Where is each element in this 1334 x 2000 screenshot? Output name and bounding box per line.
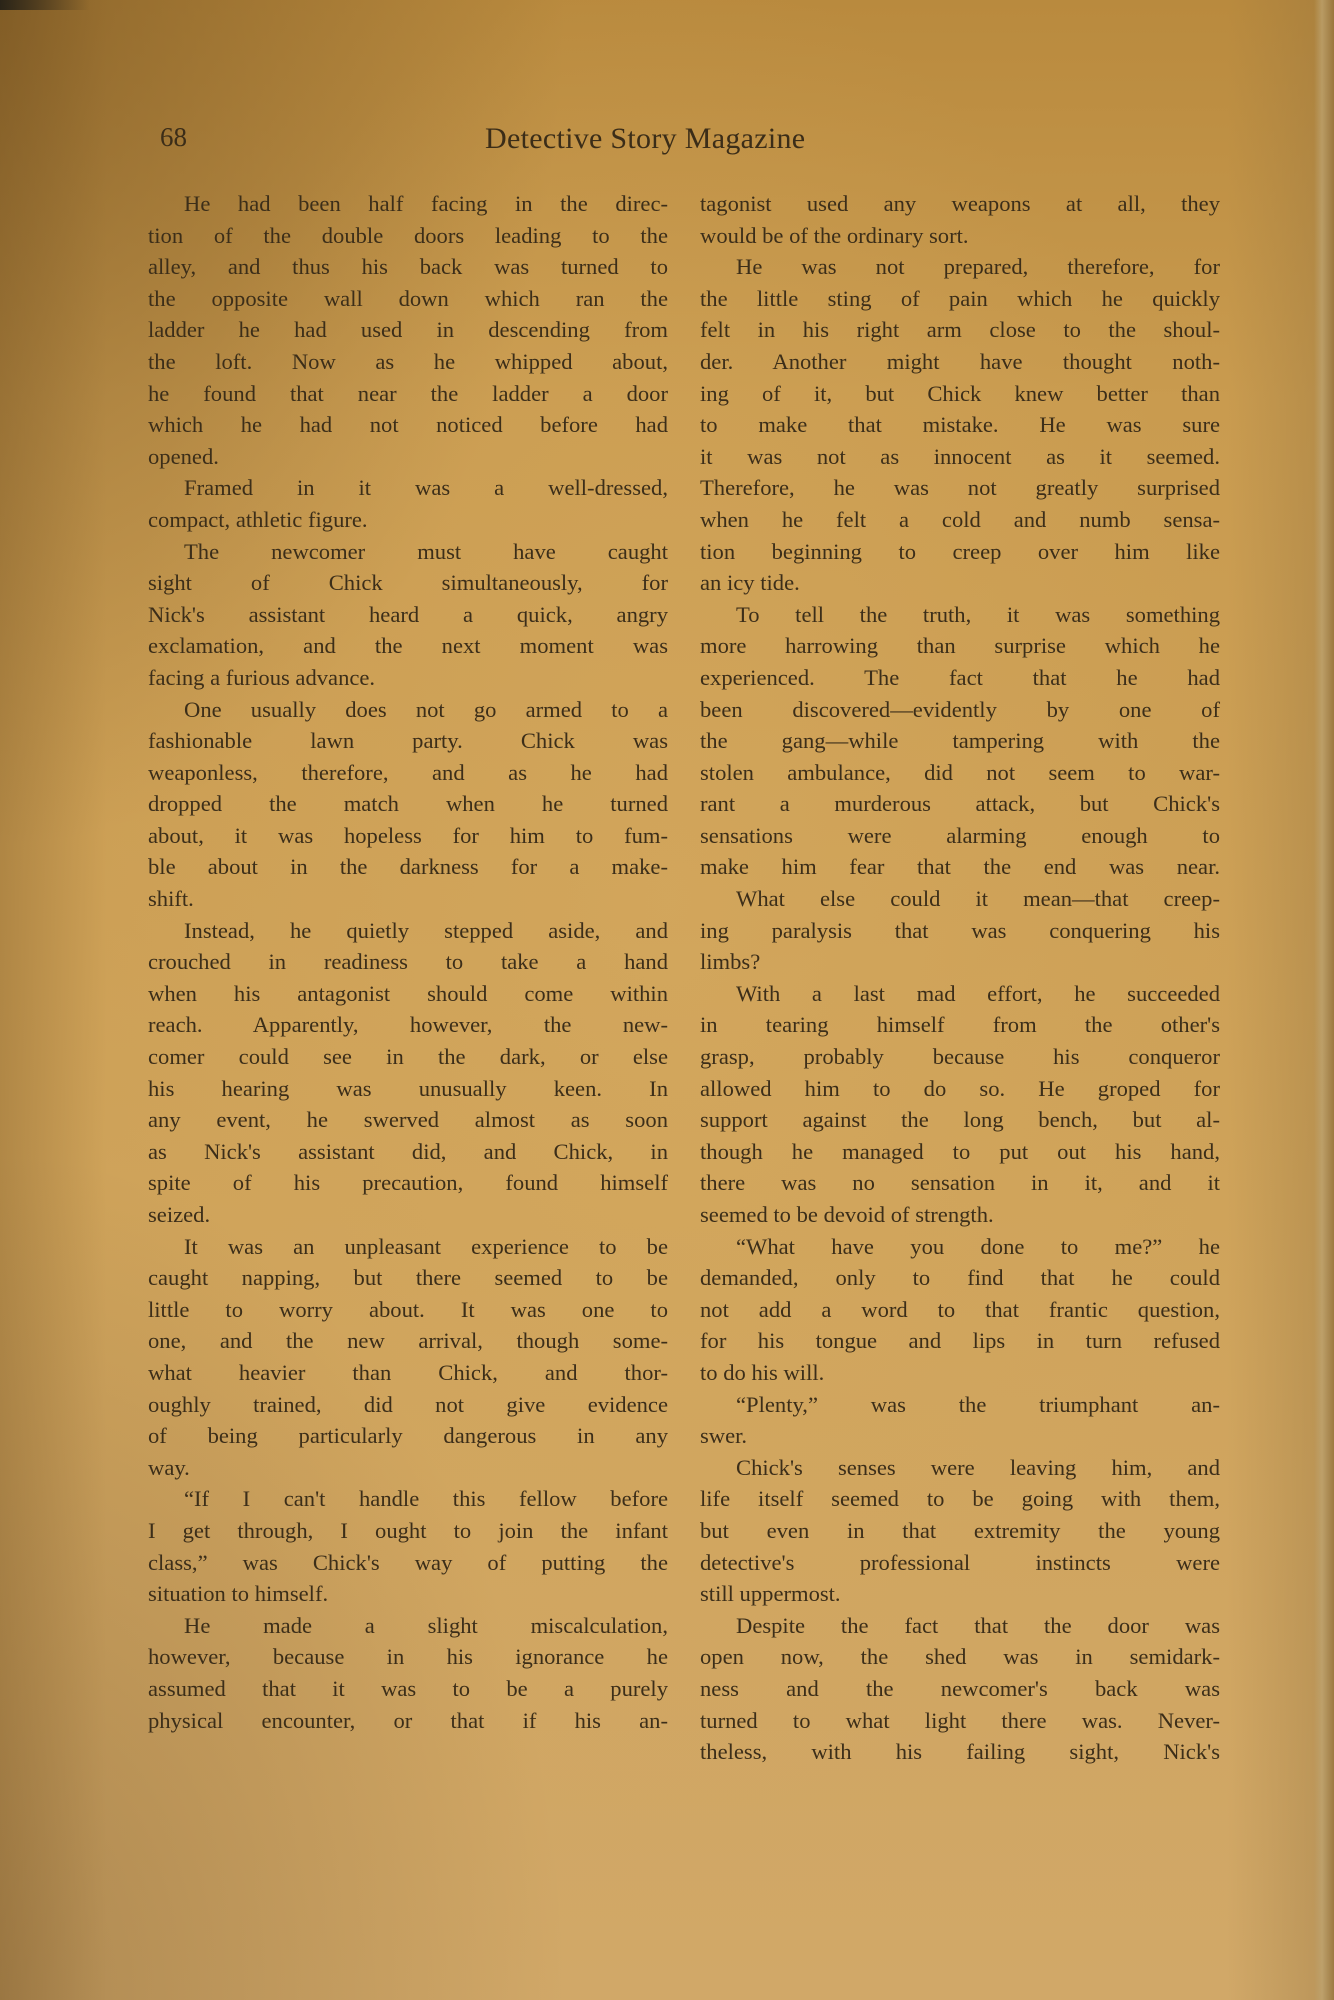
text-line: weaponless, therefore, and as he had — [148, 757, 668, 789]
text-line: ness and the newcomer's back was — [700, 1673, 1220, 1705]
text-line: theless, with his failing sight, Nick's — [700, 1736, 1220, 1768]
text-line: the opposite wall down which ran the — [148, 283, 668, 315]
text-line: would be of the ordinary sort. — [700, 220, 1220, 252]
text-line: which he had not noticed before had — [148, 409, 668, 441]
text-line: to do his will. — [700, 1357, 1220, 1389]
text-line: as Nick's assistant did, and Chick, in — [148, 1136, 668, 1168]
text-line: support against the long bench, but al- — [700, 1104, 1220, 1136]
text-line: Chick's senses were leaving him, and — [700, 1452, 1220, 1484]
text-line: He was not prepared, therefore, for — [700, 251, 1220, 283]
text-line: sight of Chick simultaneously, for — [148, 567, 668, 599]
text-line: ble about in the darkness for a make- — [148, 851, 668, 883]
text-line: dropped the match when he turned — [148, 788, 668, 820]
scan-corner-shadow — [0, 0, 90, 10]
text-line: tion of the double doors leading to the — [148, 220, 668, 252]
text-line: “If I can't handle this fellow before — [148, 1483, 668, 1515]
text-line: felt in his right arm close to the shoul… — [700, 314, 1220, 346]
text-line: The newcomer must have caught — [148, 536, 668, 568]
text-line: grasp, probably because his conqueror — [700, 1041, 1220, 1073]
text-line: but even in that extremity the young — [700, 1515, 1220, 1547]
page-number: 68 — [160, 122, 187, 153]
text-line: crouched in readiness to take a hand — [148, 946, 668, 978]
text-line: shift. — [148, 883, 668, 915]
text-line: Framed in it was a well-dressed, — [148, 472, 668, 504]
text-line: fashionable lawn party. Chick was — [148, 725, 668, 757]
text-line: What else could it mean—that creep- — [700, 883, 1220, 915]
text-line: facing a furious advance. — [148, 662, 668, 694]
text-line: ladder he had used in descending from — [148, 314, 668, 346]
text-line: of being particularly dangerous in any — [148, 1420, 668, 1452]
text-line: life itself seemed to be going with them… — [700, 1483, 1220, 1515]
text-line: limbs? — [700, 946, 1220, 978]
text-line: seemed to be devoid of strength. — [700, 1199, 1220, 1231]
text-column-left: He had been half facing in the direc-tio… — [148, 188, 668, 1736]
text-line: in tearing himself from the other's — [700, 1009, 1220, 1041]
text-line: make him fear that the end was near. — [700, 851, 1220, 883]
text-line: physical encounter, or that if his an- — [148, 1705, 668, 1737]
text-line: demanded, only to find that he could — [700, 1262, 1220, 1294]
text-line: been discovered—evidently by one of — [700, 694, 1220, 726]
text-line: It was an unpleasant experience to be — [148, 1231, 668, 1263]
text-line: allowed him to do so. He groped for — [700, 1073, 1220, 1105]
text-line: He had been half facing in the direc- — [148, 188, 668, 220]
text-line: detective's professional instincts were — [700, 1547, 1220, 1579]
text-line: Therefore, he was not greatly surprised — [700, 472, 1220, 504]
text-line: assumed that it was to be a purely — [148, 1673, 668, 1705]
text-line: Despite the fact that the door was — [700, 1610, 1220, 1642]
text-line: stolen ambulance, did not seem to war- — [700, 757, 1220, 789]
text-line: One usually does not go armed to a — [148, 694, 668, 726]
text-line: oughly trained, did not give evidence — [148, 1389, 668, 1421]
text-line: Instead, he quietly stepped aside, and — [148, 915, 668, 947]
text-line: exclamation, and the next moment was — [148, 630, 668, 662]
text-line: spite of his precaution, found himself — [148, 1167, 668, 1199]
text-line: tion beginning to creep over him like — [700, 536, 1220, 568]
text-line: though he managed to put out his hand, — [700, 1136, 1220, 1168]
text-line: opened. — [148, 441, 668, 473]
text-line: Nick's assistant heard a quick, angry — [148, 599, 668, 631]
text-line: ing paralysis that was conquering his — [700, 915, 1220, 947]
text-line: tagonist used any weapons at all, they — [700, 188, 1220, 220]
text-line: his hearing was unusually keen. In — [148, 1073, 668, 1105]
text-line: I get through, I ought to join the infan… — [148, 1515, 668, 1547]
text-line: more harrowing than surprise which he — [700, 630, 1220, 662]
text-line: it was not as innocent as it seemed. — [700, 441, 1220, 473]
page-header: 68 Detective Story Magazine — [160, 122, 1220, 162]
text-line: reach. Apparently, however, the new- — [148, 1009, 668, 1041]
text-line: rant a murderous attack, but Chick's — [700, 788, 1220, 820]
text-line: the gang—while tampering with the — [700, 725, 1220, 757]
running-title: Detective Story Magazine — [485, 122, 805, 156]
text-line: sensations were alarming enough to — [700, 820, 1220, 852]
text-line: alley, and thus his back was turned to — [148, 251, 668, 283]
text-line: With a last mad effort, he succeeded — [700, 978, 1220, 1010]
text-line: for his tongue and lips in turn refused — [700, 1325, 1220, 1357]
text-line: he found that near the ladder a door — [148, 378, 668, 410]
text-line: when his antagonist should come within — [148, 978, 668, 1010]
text-line: not add a word to that frantic question, — [700, 1294, 1220, 1326]
text-line: way. — [148, 1452, 668, 1484]
text-line: seized. — [148, 1199, 668, 1231]
text-line: open now, the shed was in semidark- — [700, 1641, 1220, 1673]
text-line: there was no sensation in it, and it — [700, 1167, 1220, 1199]
text-line: an icy tide. — [700, 567, 1220, 599]
text-line: “What have you done to me?” he — [700, 1231, 1220, 1263]
text-line: the little sting of pain which he quickl… — [700, 283, 1220, 315]
text-line: still uppermost. — [700, 1578, 1220, 1610]
text-line: to make that mistake. He was sure — [700, 409, 1220, 441]
text-line: any event, he swerved almost as soon — [148, 1104, 668, 1136]
text-line: little to worry about. It was one to — [148, 1294, 668, 1326]
text-line: what heavier than Chick, and thor- — [148, 1357, 668, 1389]
text-line: He made a slight miscalculation, — [148, 1610, 668, 1642]
text-line: To tell the truth, it was something — [700, 599, 1220, 631]
text-line: about, it was hopeless for him to fum- — [148, 820, 668, 852]
text-line: “Plenty,” was the triumphant an- — [700, 1389, 1220, 1421]
text-line: ing of it, but Chick knew better than — [700, 378, 1220, 410]
text-line: comer could see in the dark, or else — [148, 1041, 668, 1073]
text-line: class,” was Chick's way of putting the — [148, 1547, 668, 1579]
text-line: turned to what light there was. Never- — [700, 1705, 1220, 1737]
text-line: caught napping, but there seemed to be — [148, 1262, 668, 1294]
text-line: situation to himself. — [148, 1578, 668, 1610]
text-line: compact, athletic figure. — [148, 504, 668, 536]
page-edge — [1314, 0, 1334, 2000]
text-line: however, because in his ignorance he — [148, 1641, 668, 1673]
text-line: der. Another might have thought noth- — [700, 346, 1220, 378]
text-line: swer. — [700, 1420, 1220, 1452]
text-column-right: tagonist used any weapons at all, theywo… — [700, 188, 1220, 1768]
text-line: experienced. The fact that he had — [700, 662, 1220, 694]
text-line: the loft. Now as he whipped about, — [148, 346, 668, 378]
text-line: one, and the new arrival, though some- — [148, 1325, 668, 1357]
text-line: when he felt a cold and numb sensa- — [700, 504, 1220, 536]
